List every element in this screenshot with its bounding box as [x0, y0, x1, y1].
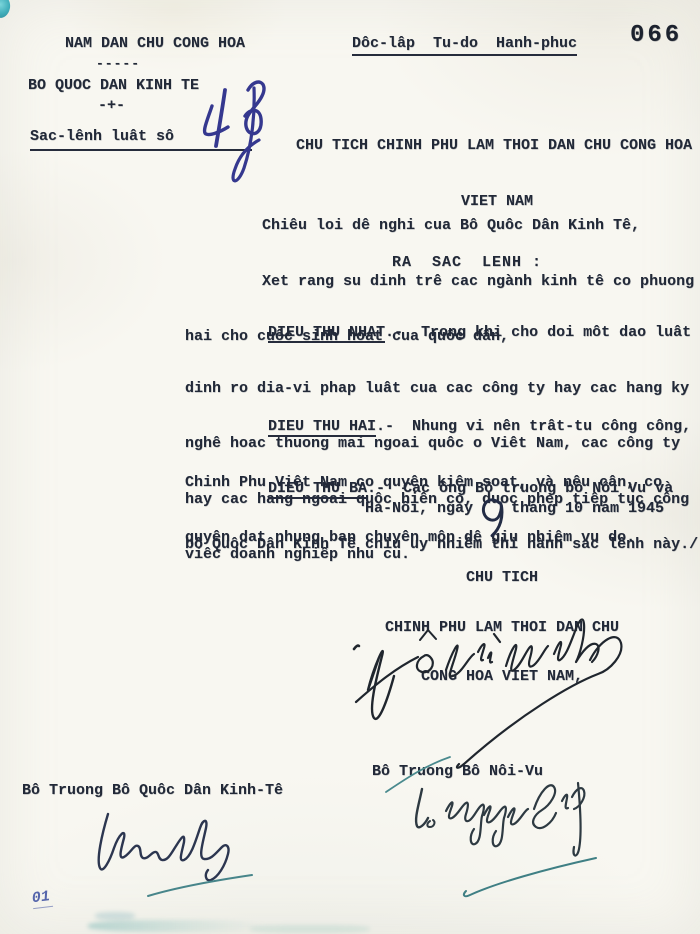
president-title-line1: CHU TICH	[374, 570, 630, 587]
margin-note-handwritten: 01	[31, 888, 53, 909]
org-divider1: -----	[96, 55, 140, 74]
decree-heading: RA SAC LENH :	[392, 254, 542, 273]
dateline: Hà-Nôi, ngày thang 10 nam 1945	[365, 500, 664, 540]
dateline-suffix: thang 10 nam 1945	[511, 500, 664, 519]
article-3-heading-suffix: .-	[367, 480, 385, 497]
org-name-line1: NAM DAN CHU CONG HOA	[65, 35, 245, 54]
article-3-first-line-text: Cac ông Bô truong bô Nôi Vu và	[385, 480, 673, 497]
decree-document-page: NAM DAN CHU CONG HOA ----- BO QUOC DAN K…	[0, 0, 700, 934]
article-3-heading: DIEU THU BA	[268, 480, 367, 499]
article-1-heading: DIEU THU NHAT	[268, 324, 385, 343]
ink-smudge	[88, 920, 268, 932]
article-2-heading: DIEU THU HAI	[268, 418, 376, 437]
article-3-first-line: DIEU THU BA.- Cac ông Bô truong bô Nôi V…	[185, 480, 698, 499]
issuer-title-line1: CHU TICH CHINH PHU LAM THOI DAN CHU CONG…	[296, 137, 698, 156]
decree-number-handwritten-48	[192, 66, 274, 198]
article-2-first-line: DIEU THU HAI.- Nhung vi nên trât-tu công…	[185, 418, 691, 437]
minister-economy-signature	[88, 804, 263, 904]
dateline-day-handwritten-9	[479, 492, 507, 540]
folio-number: 066	[630, 27, 682, 46]
ink-blot-corner	[0, 0, 12, 20]
motto: Dôc-lâp Tu-do Hanh-phuc	[352, 35, 577, 56]
org-name-line2: BO QUOC DAN KINH TE	[28, 77, 199, 96]
article-1-heading-suffix: .-	[385, 324, 403, 341]
article-1-first-line-text: Trong khi cho doi môt dao luât	[403, 324, 691, 341]
article-1-first-line: DIEU THU NHAT.- Trong khi cho doi môt da…	[185, 324, 691, 343]
vo-nguyen-giap-signature	[376, 749, 616, 901]
minister-economy-title: Bô Truong Bô Quôc Dân Kinh-Tê	[22, 782, 283, 801]
article-2-heading-suffix: .-	[376, 418, 394, 435]
dateline-prefix: Hà-Nôi, ngày	[365, 500, 473, 519]
motto-row: Dôc-lâp Tu-do Hanh-phuc	[352, 35, 577, 54]
article-2-first-line-text: Nhung vi nên trât-tu công công,	[394, 418, 691, 435]
preamble-line1: Chiêu loi dê nghi cua Bô Quôc Dân Kinh T…	[185, 217, 694, 236]
ink-smudge	[250, 925, 370, 933]
org-divider2: -+-	[98, 97, 125, 116]
ink-smudge	[95, 912, 135, 920]
